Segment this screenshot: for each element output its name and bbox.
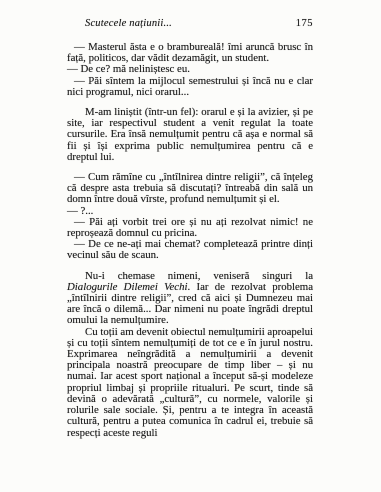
dialogue-paragraph: — Păi sîntem la mijlocul semestrului și … <box>67 76 313 98</box>
text-segment: Nu-i chemase nimeni, veniseră singuri la <box>85 270 313 282</box>
text-segment: — Masterul ăsta e o brambureală! îmi aru… <box>67 41 313 64</box>
dialogue-paragraph: — Păi ați vorbit trei ore și nu ați rezo… <box>67 217 313 239</box>
narrative-paragraph: Nu-i chemase nimeni, veniseră singuri la… <box>67 271 313 327</box>
narrative-paragraph: M-am liniștit (într-un fel): orarul e și… <box>67 107 313 163</box>
running-header-title: Scutecele națiunii... <box>67 18 172 29</box>
text-segment: — Păi ați vorbit trei ore și nu ați rezo… <box>67 216 313 239</box>
text-segment: M-am liniștit (într-un fel): orarul e și… <box>67 106 313 163</box>
text-segment: — Cum rămîne cu „întîlnirea dintre relig… <box>67 171 313 205</box>
dialogue-paragraph: — De ce ne-ați mai chemat? completează p… <box>67 239 313 261</box>
running-header: Scutecele națiunii... 175 <box>67 18 313 29</box>
text-segment: — De ce? mă neliniștesc eu. <box>67 63 190 75</box>
text-segment: — ?... <box>67 205 93 217</box>
text-segment: Cu toții am devenit obiectul nemulțumiri… <box>67 326 313 439</box>
book-page: Scutecele națiunii... 175 — Masterul ăst… <box>0 0 381 492</box>
book-title-italic: Dialogurile Dilemei Vechi <box>67 281 188 293</box>
page-number: 175 <box>296 18 313 29</box>
dialogue-paragraph: — Cum rămîne cu „întîlnirea dintre relig… <box>67 172 313 206</box>
narrative-paragraph: Cu toții am devenit obiectul nemulțumiri… <box>67 327 313 439</box>
text-segment: — De ce ne-ați mai chemat? completează p… <box>67 238 313 261</box>
page-body: — Masterul ăsta e o brambureală! îmi aru… <box>67 42 313 439</box>
dialogue-paragraph: — Masterul ăsta e o brambureală! îmi aru… <box>67 42 313 64</box>
text-segment: — Păi sîntem la mijlocul semestrului și … <box>67 75 313 98</box>
